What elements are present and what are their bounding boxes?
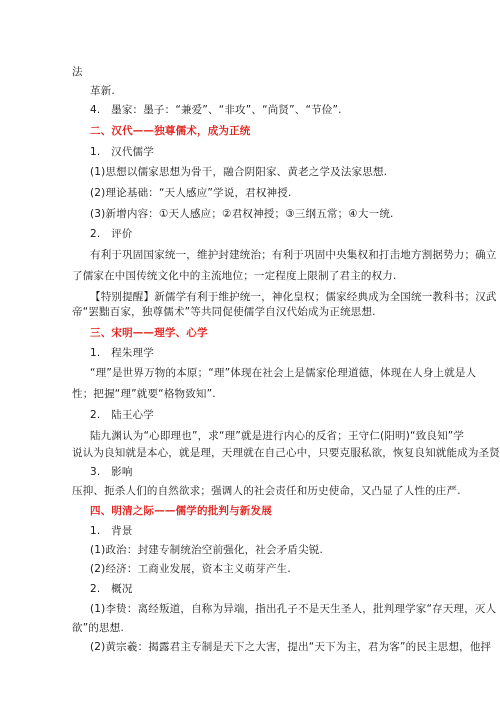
subheading: 1. 程朱理学	[90, 346, 154, 360]
text-line: 有利于巩固国家统一，维护封建统治；有利于巩固中央集权和打击地方割据势力；确立	[90, 248, 497, 262]
text-line: 性；把握“理”就要“格物致知”.	[72, 387, 216, 401]
subheading: 1. 背景	[90, 524, 133, 538]
document-page: 法 革新. 4. 墨家：墨子：“兼爱”、“非攻”、“尚贤”、“节俭”. 二、汉代…	[0, 0, 500, 707]
text-line: 了儒家在中国传统文化中的主流地位；一定程度上限制了君主的权力.	[72, 269, 397, 283]
section-heading: 三、宋明——理学、心学	[90, 326, 208, 340]
text-line: 说认为良知就是本心，就是理，天理就在自己心中，只要克服私欲，恢复良知就能成为圣贤…	[72, 446, 500, 460]
text-line: 【特别提醒】新儒学有利于维护统一，神化皇权；儒家经典成为全国统一教科书；汉武	[90, 290, 497, 304]
subheading: 3. 影响	[90, 465, 133, 479]
text-line: (1)李贽：离经叛道，自称为异端，指出孔子不是天生圣人，批判理学家“存天理，灭人	[90, 602, 496, 616]
text-line: 帝“罢黜百家，独尊儒术”等共同促使儒学自汉代始成为正统思想.	[72, 305, 376, 319]
text-line: (1)政治：封建专制统治空前强化，社会矛盾尖锐.	[90, 543, 323, 557]
subheading: 2. 陆王心学	[90, 408, 154, 422]
text-line: (2)黄宗羲：揭露君主专制是天下之大害，提出“天下为主，君为客”的民主思想，他抨	[90, 640, 491, 654]
section-heading: 二、汉代——独尊儒术，成为正统	[90, 124, 251, 138]
section-heading: 四、明清之际——儒学的批判与新发展	[90, 504, 272, 518]
text-line: (2)经济：工商业发展，资本主义萌芽产生.	[90, 562, 291, 576]
text-line: (3)新增内容：①天人感应；②君权神授；③三纲五常；④大一统.	[90, 207, 394, 221]
text-line: (2)理论基础：“天人感应”学说，君权神授.	[90, 186, 292, 200]
text-line: 法	[72, 65, 83, 79]
text-line: 欲”的思想.	[72, 621, 124, 635]
text-line: (1)思想以儒家思想为骨干，融合阴阳家、黄老之学及法家思想.	[90, 165, 387, 179]
text-line: 陆九渊认为“心即理也”，求“理”就是进行内心的反省；王守仁(阳明)“致良知”学	[90, 429, 464, 443]
subheading: 2. 概况	[90, 582, 133, 596]
text-line: “理”是世界万物的本原；“理”体现在社会上是儒家伦理道德，体现在人身上就是人	[90, 366, 476, 380]
text-line: 压抑、扼杀人们的自然欲求；强调人的社会责任和历史使命，又凸显了人性的庄严.	[72, 484, 461, 498]
text-line: 4. 墨家：墨子：“兼爱”、“非攻”、“尚贤”、“节俭”.	[90, 103, 342, 117]
subheading: 1. 汉代儒学	[90, 145, 154, 159]
subheading: 2. 评价	[90, 227, 133, 241]
text-line: 革新.	[90, 84, 115, 98]
